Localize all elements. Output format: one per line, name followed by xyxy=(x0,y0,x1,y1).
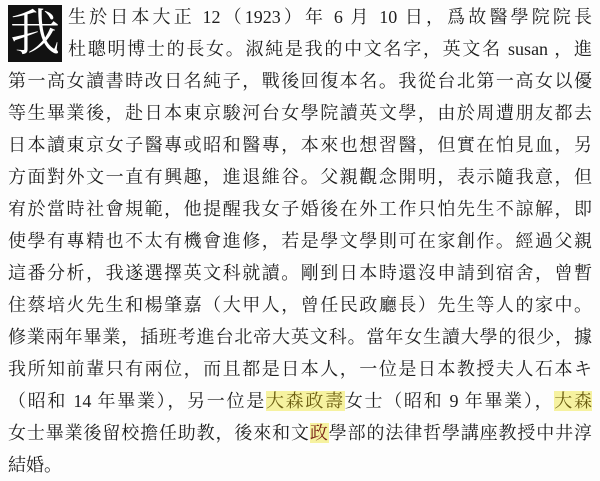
text-line: 使學有專精也不太有機會進修，若是學文學則可在家創作。經過父親 xyxy=(8,225,592,257)
text-line: 結婚。 xyxy=(8,449,592,481)
text-line: 日本讀東京女子醫專或昭和醫專，本來也想習醫，但實在怕見血，另 xyxy=(8,129,592,161)
text-line: （昭和 14 年畢業），另一位是大森政壽女士（昭和 9 年畢業），大森 xyxy=(8,385,592,417)
text-segment: 學部的法律哲學講座教授中井淳 xyxy=(329,423,592,443)
text-line: 第一高女讀書時改日名純子，戰後回復本名。我從台北第一高女以優 xyxy=(8,65,592,97)
highlight-keyword: 大森政壽 xyxy=(266,391,345,411)
text-line: 住蔡培火先生和楊肇嘉（大甲人，曾任民政廳長）先生等人的家中。 xyxy=(8,289,592,321)
text-segment: 女士（昭和 9 年畢業）， xyxy=(345,391,555,411)
text-line: 生於日本大正 12（1923）年 6 月 10 日，爲故醫學院院長 xyxy=(68,1,592,33)
text-line: 女士畢業後留校擔任助教，後來和文政學部的法律哲學講座教授中井淳 xyxy=(8,417,592,449)
text-line: 等生畢業後，赴日本東京駿河台女學院讀英文學，由於周遭朋友都去 xyxy=(8,97,592,129)
highlight-keyword: 政 xyxy=(310,423,329,443)
text-line: 我所知前輩只有兩位，而且都是日本人，一位是日本教授夫人石本キ xyxy=(8,353,592,385)
text-line: 修業兩年畢業，插班考進台北帝大英文科。當年女生讀大學的很少，據 xyxy=(8,321,592,353)
text-line: 宥於當時社會規範，他提醒我女子婚後在外工作只怕先生不諒解，即 xyxy=(8,193,592,225)
text-line: 杜聰明博士的長女。淑純是我的中文名字，英文名 susan ，進 xyxy=(68,33,592,65)
text-line: 方面對外文一直有興趣，進退維谷。父親觀念開明，表示隨我意，但 xyxy=(8,161,592,193)
text-segment: （昭和 14 年畢業），另一位是 xyxy=(8,391,266,411)
text-segment: 女士畢業後留校擔任助教，後來和文 xyxy=(8,423,310,443)
highlight-keyword: 大森 xyxy=(554,391,592,411)
text-line: 這番分析，我遂選擇英文科就讀。剛到日本時還沒申請到宿舍，曾暫 xyxy=(8,257,592,289)
dropcap-initial: 我 xyxy=(8,5,62,62)
memoir-text-page: 我 生於日本大正 12（1923）年 6 月 10 日，爲故醫學院院長 杜聰明博… xyxy=(0,0,600,481)
